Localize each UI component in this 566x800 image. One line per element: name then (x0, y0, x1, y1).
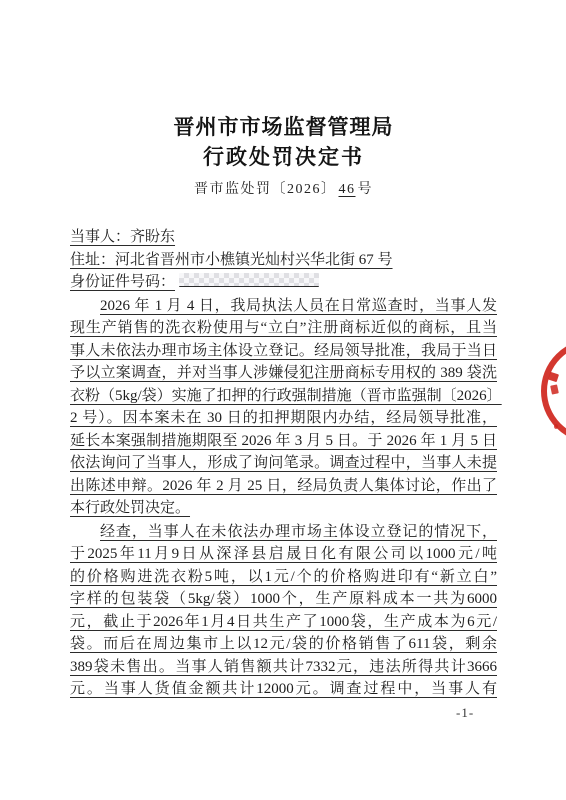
body-line: 的价格购进洗衣粉5吨，以1元/个的价格购进印有“新立白” (70, 566, 497, 589)
issuing-org-title: 晋州市市场监督管理局 (70, 112, 497, 142)
party-info-block: 当事人：齐盼东 住址：河北省晋州市小樵镇光灿村兴华北街 67 号 身份证件号码： (70, 226, 497, 294)
document-type-title: 行政处罚决定书 (70, 142, 497, 172)
body-line: 予以立案调查，并对当事人涉嫌侵犯注册商标专用权的 389 袋洗 (70, 362, 497, 385)
party-id-line: 身份证件号码： (70, 271, 497, 294)
body-line: 依法询问了当事人，形成了询问笔录。调查过程中，当事人未提 (70, 452, 497, 475)
body-line: 现生产销售的洗衣粉使用与“立白”注册商标近似的商标，且当 (70, 317, 497, 340)
doc-number-value: 46 (337, 182, 358, 197)
body-line: 经查，当事人在未依法办理市场主体设立登记的情况下， (70, 521, 497, 544)
party-address-line: 住址：河北省晋州市小樵镇光灿村兴华北街 67 号 (70, 249, 497, 272)
body-line: 元。当事人货值金额共计12000元。调查过程中，当事人有 (70, 678, 497, 701)
doc-number-suffix: 号 (358, 182, 374, 197)
body-line: 389袋未售出。当事人销售额共计7332元，违法所得共计3666 (70, 656, 497, 679)
body-line: 衣粉（5kg/袋）实施了扣押的行政强制措施（晋市监强制〔2026〕 (70, 385, 497, 408)
body-paragraph-1: 2026 年 1 月 4 日，我局执法人员在日常巡查时，当事人发 现生产销售的洗… (70, 295, 497, 520)
body-line: 于2025年11月9日从深泽县启晟日化有限公司以1000元/吨 (70, 543, 497, 566)
body-line: 2 号）。因本案未在 30 日的扣押期限内办结，经局领导批准， (70, 407, 497, 430)
id-number-redaction-mosaic (179, 273, 319, 287)
party-id-label: 身份证件号码： (70, 274, 175, 290)
body-line: 事人未依法办理市场主体设立登记。经局领导批准，我局于当日 (70, 340, 497, 363)
doc-number-prefix: 晋市监处罚〔2026〕 (194, 182, 337, 197)
page-number: -1- (456, 705, 474, 721)
party-address-label: 住址： (70, 252, 115, 268)
party-name-line: 当事人：齐盼东 (70, 226, 497, 249)
body-paragraph-2: 经查，当事人在未依法办理市场主体设立登记的情况下， 于2025年11月9日从深泽… (70, 521, 497, 701)
party-name-value: 齐盼东 (130, 229, 175, 245)
document-number-line: 晋市监处罚〔2026〕46号 (70, 180, 497, 200)
body-line: 2026 年 1 月 4 日，我局执法人员在日常巡查时，当事人发 (70, 295, 497, 318)
party-name-label: 当事人： (70, 229, 130, 245)
body-line: 元，截止于2026年1月4日共生产了1000袋，生产成本为6元/ (70, 611, 497, 634)
body-line: 袋。而后在周边集市上以12元/袋的价格销售了611袋，剩余 (70, 633, 497, 656)
body-line: 字样的包装袋（5kg/袋）1000个，生产原料成本一共为6000 (70, 588, 497, 611)
scanned-document-page: 晋州市市场监督管理局 行政处罚决定书 晋市监处罚〔2026〕46号 当事人：齐盼… (0, 0, 566, 800)
party-address-value: 河北省晋州市小樵镇光灿村兴华北街 67 号 (115, 252, 393, 268)
body-line: 出陈述申辩。2026 年 2 月 25 日，经局负责人集体讨论，作出了 (70, 475, 497, 498)
document-content-column: 晋州市市场监督管理局 行政处罚决定书 晋市监处罚〔2026〕46号 当事人：齐盼… (70, 0, 497, 701)
seal-fragment-icon (554, 424, 558, 429)
body-line: 延长本案强制措施期限至 2026 年 3 月 5 日。于 2026 年 1 月 … (70, 430, 497, 453)
body-line: 本行政处罚决定。 (70, 497, 497, 520)
